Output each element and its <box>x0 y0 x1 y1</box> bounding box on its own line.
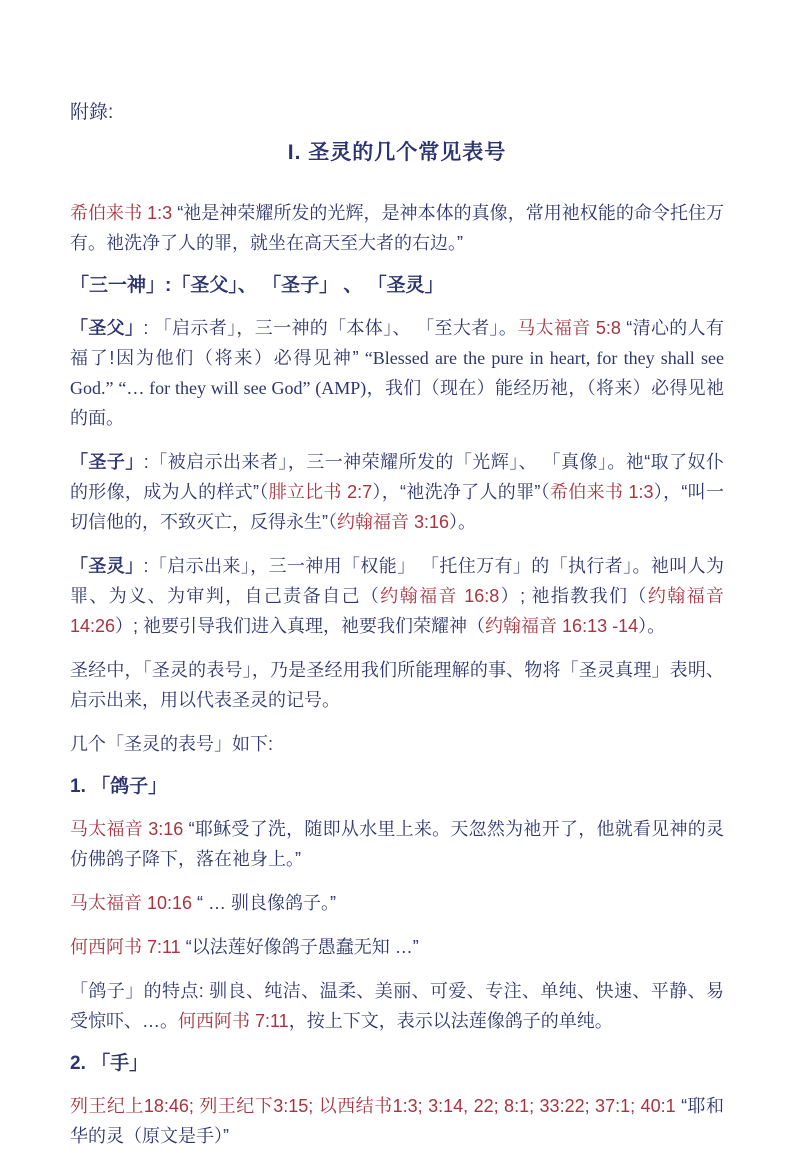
text-run: ，按上下文，表示以法莲像鸽子的单纯。 <box>289 1011 613 1031</box>
text-run: 「三一神」:「圣父」、 「圣子」 、 「圣灵」 <box>70 275 444 296</box>
heading-triune-god: 「三一神」:「圣父」、 「圣子」 、 「圣灵」 <box>70 272 724 300</box>
text-run: ）。 <box>449 512 476 532</box>
text-run: 圣经中，「圣灵的表号」，乃是圣经用我们所能理解的事、物将「圣灵真理」表明、启示出… <box>70 660 724 710</box>
scripture-reference: 希伯来书 1:3 <box>550 482 654 502</box>
text-run: “ … 驯良像鸽子。” <box>192 893 336 913</box>
paragraph-dove-characteristics: 「鸽子」的特点: 驯良、纯洁、温柔、美丽、可爱、专注、单纯、快速、平静、易受惊吓… <box>70 976 724 1036</box>
paragraph-hosea-7-11: 何西阿书 7:11 “以法莲好像鸽子愚蠢无知 …” <box>70 932 724 962</box>
text-run: ）; 祂指教我们（ <box>499 586 648 606</box>
paragraph-symbols-list-intro: 几个「圣灵的表号」如下: <box>70 729 724 759</box>
appendix-label: 附錄: <box>70 100 724 126</box>
scripture-reference: 约翰福音 16:13 -14 <box>485 616 638 636</box>
paragraph-matthew-10-16: 马太福音 10:16 “ … 驯良像鸽子。” <box>70 888 724 918</box>
paragraph-holy-father: 「圣父」: 「启示者」，三一神的「本体」、 「至大者」。马太福音 5:8 “清心… <box>70 313 724 433</box>
document-page: 附錄: I. 圣灵的几个常见表号 希伯来书 1:3 “祂是神荣耀所发的光辉，是神… <box>0 0 790 1170</box>
scripture-reference: 约翰福音 3:16 <box>337 512 449 532</box>
scripture-reference: 希伯来书 1:3 <box>70 203 172 223</box>
heading-symbol-2-hand: 2. 「手」 <box>70 1050 724 1078</box>
text-run: 1. 「鸽子」 <box>70 776 167 797</box>
text-run: 「圣父」 <box>70 318 143 338</box>
scripture-reference: 约翰福音 16:8 <box>380 586 499 606</box>
scripture-reference: 马太福音 10:16 <box>70 893 192 913</box>
text-run: 「圣子」 <box>70 452 144 472</box>
scripture-reference: 马太福音 3:16 <box>70 819 183 839</box>
heading-symbol-1-dove: 1. 「鸽子」 <box>70 773 724 801</box>
text-run: “以法莲好像鸽子愚蠢无知 …” <box>181 937 419 957</box>
paragraph-symbols-intro: 圣经中，「圣灵的表号」，乃是圣经用我们所能理解的事、物将「圣灵真理」表明、启示出… <box>70 655 724 715</box>
text-run: ）; 祂要引导我们进入真理，祂要我们荣耀神（ <box>115 616 485 636</box>
scripture-reference: 腓立比书 2:7 <box>269 482 373 502</box>
paragraph-kings-ezekiel-refs: 列王纪上18:46; 列王纪下3:15; 以西结书1:3; 3:14, 22; … <box>70 1091 724 1151</box>
text-run: ），“祂洗净了人的罪”（ <box>372 482 550 502</box>
text-run: ）。 <box>638 616 665 636</box>
scripture-reference: 何西阿书 7:11 <box>178 1011 289 1031</box>
scripture-reference: 何西阿书 7:11 <box>70 937 181 957</box>
paragraph-hebrews-quote: 希伯来书 1:3 “祂是神荣耀所发的光辉，是神本体的真像，常用祂权能的命令托住万… <box>70 198 724 258</box>
text-run: 「圣灵」 <box>70 556 144 576</box>
text-run: 几个「圣灵的表号」如下: <box>70 734 273 754</box>
text-run: : 「启示者」，三一神的「本体」、 「至大者」。 <box>143 318 517 338</box>
paragraph-matthew-3-16: 马太福音 3:16 “耶稣受了洗，随即从水里上来。天忽然为祂开了，他就看见神的灵… <box>70 814 724 874</box>
scripture-reference: 马太福音 5:8 <box>517 318 621 338</box>
scripture-reference: 列王纪上18:46; 列王纪下3:15; 以西结书1:3; 3:14, 22; … <box>70 1096 676 1116</box>
paragraph-holy-spirit: 「圣灵」:「启示出来」，三一神用「权能」 「托住万有」的「执行者」。祂叫人为罪、… <box>70 551 724 641</box>
page-title: I. 圣灵的几个常见表号 <box>70 136 724 166</box>
paragraph-holy-son: 「圣子」:「被启示出来者」，三一神荣耀所发的「光辉」、 「真像」。祂“取了奴仆的… <box>70 447 724 537</box>
text-run: 2. 「手」 <box>70 1053 148 1074</box>
